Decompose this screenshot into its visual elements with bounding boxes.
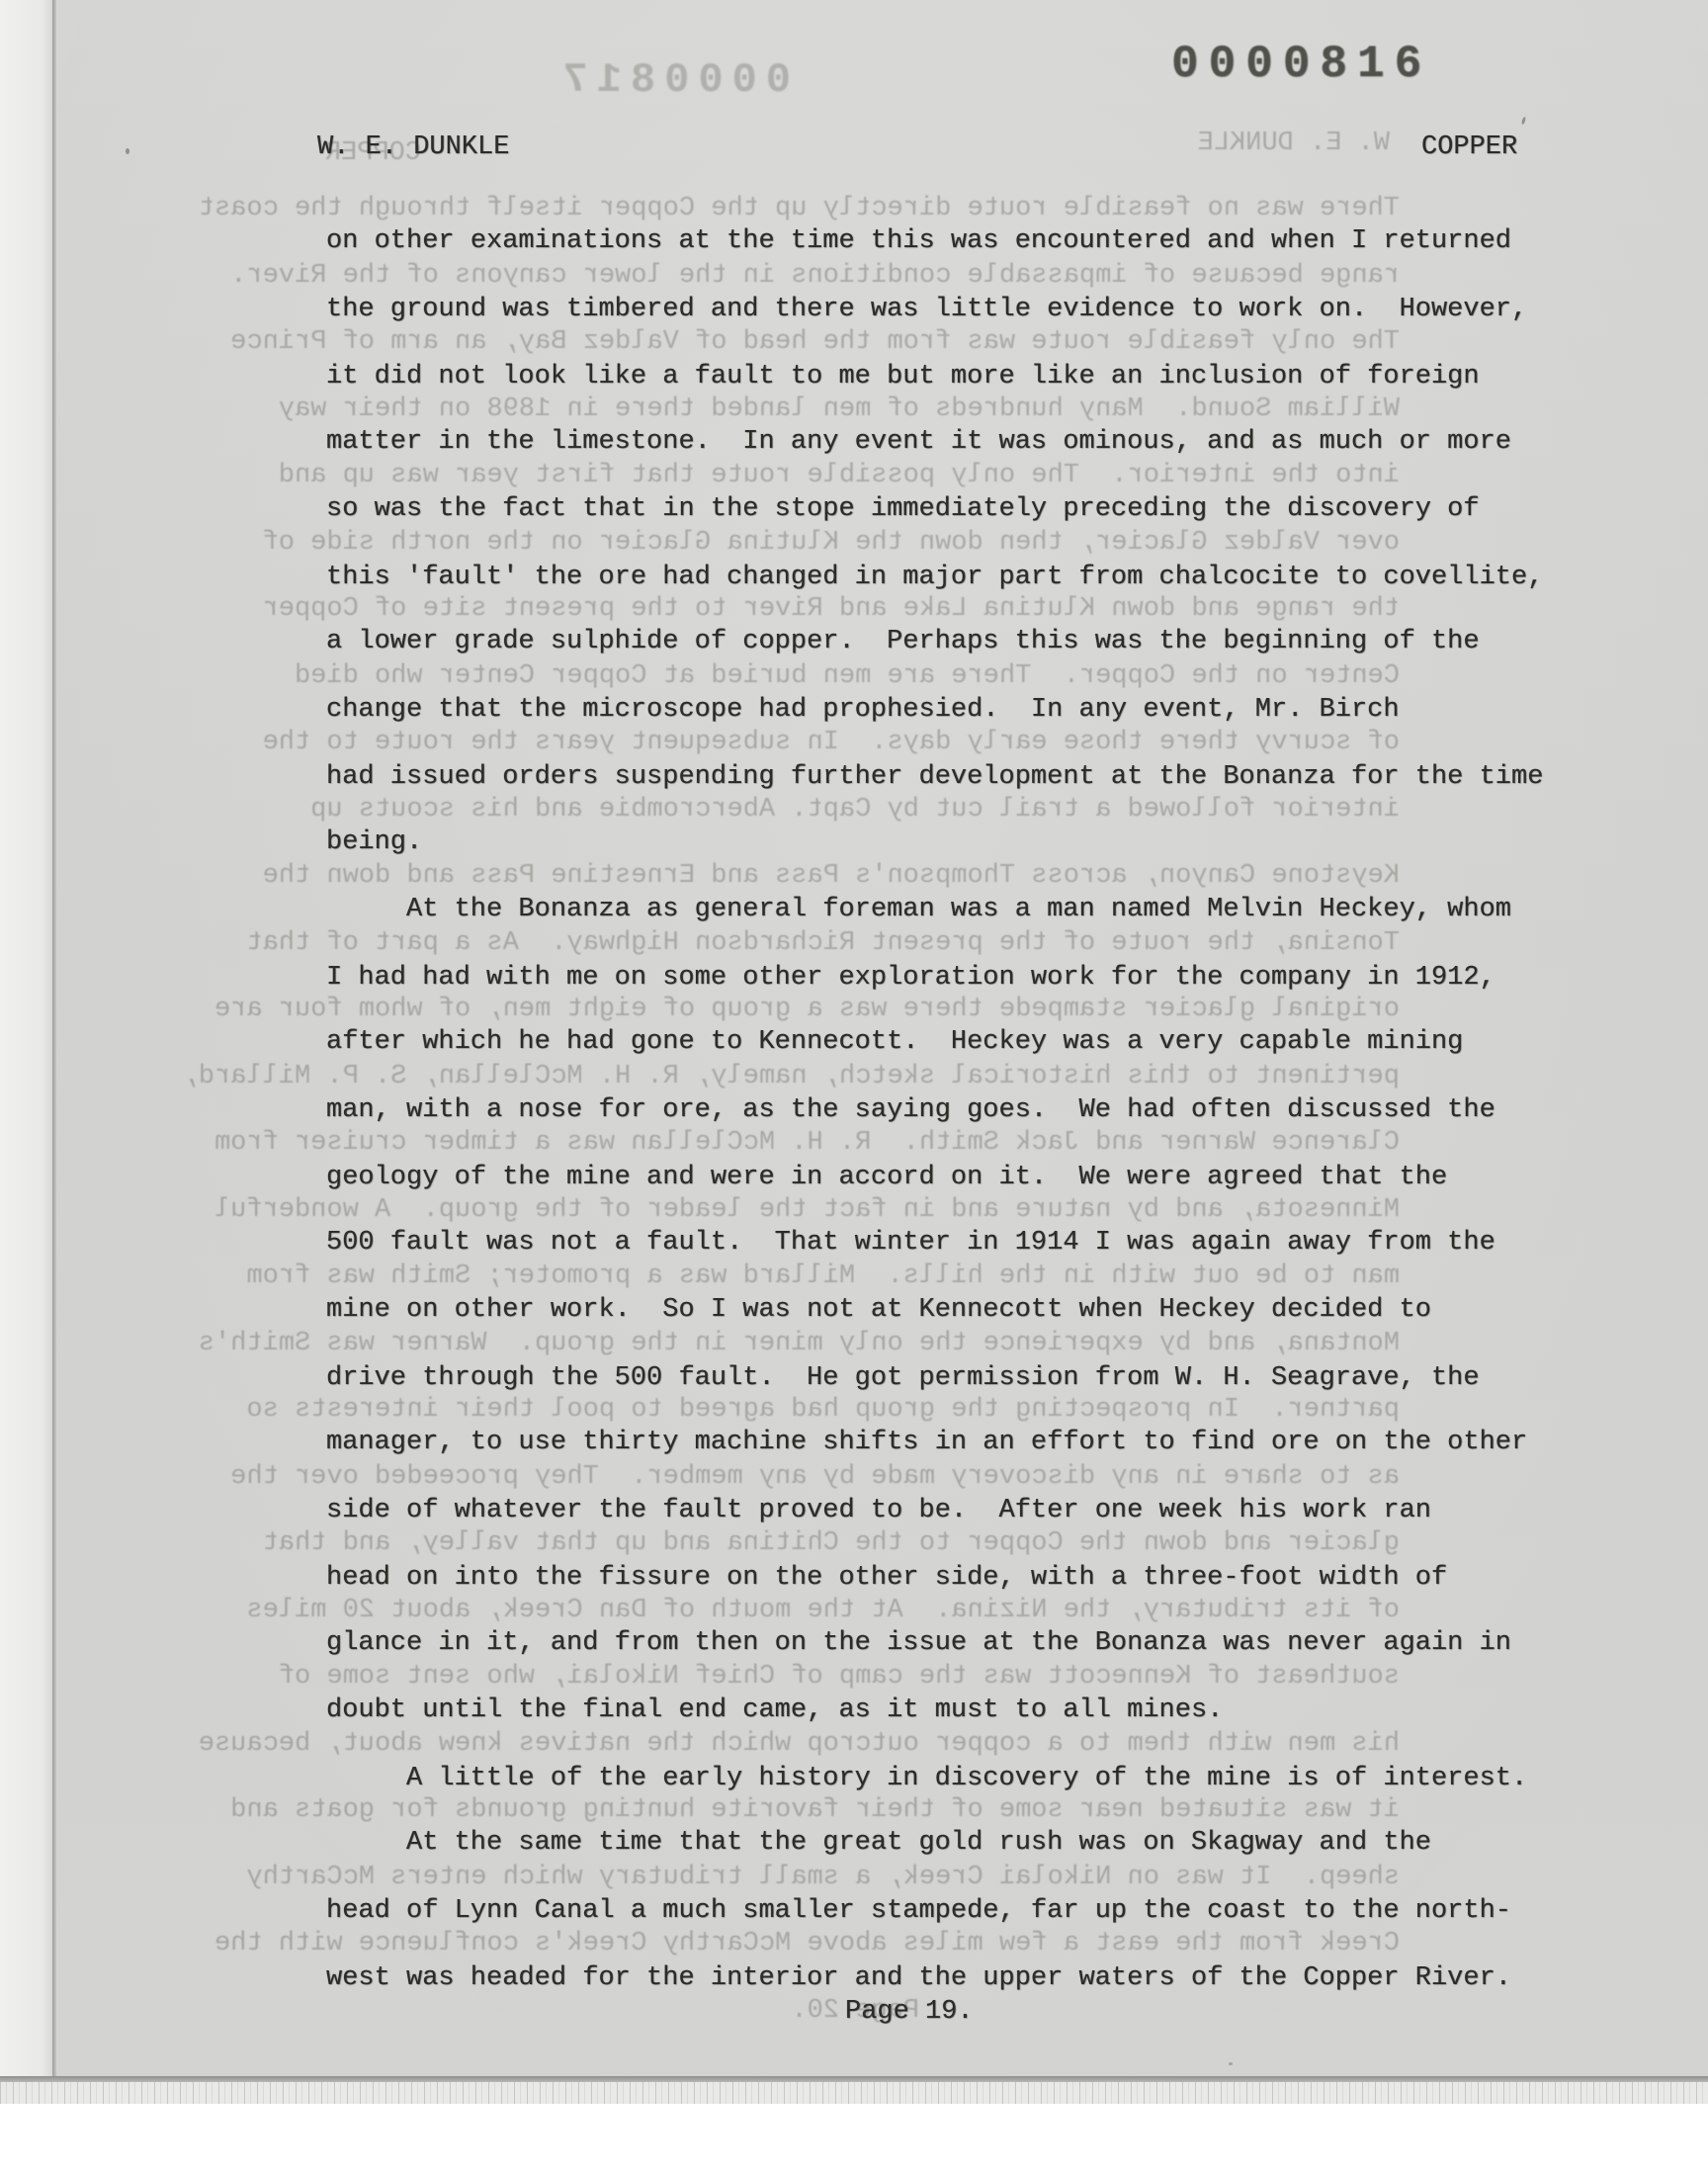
body-line: At the same time that the great gold rus… (406, 1828, 1431, 1858)
bleedthrough-line: it was situated near some of their favor… (55, 1795, 1400, 1825)
body-line: west was headed for the interior and the… (326, 1963, 1511, 1993)
bleedthrough-line: Minnesota, and by nature and in fact the… (55, 1195, 1400, 1225)
bleedthrough-line: Keystone Canyon, across Thompson's Pass … (55, 861, 1400, 891)
bleedthrough-line: Clarence Warner and Jack Smith. R. H. Mc… (55, 1128, 1400, 1158)
body-line: I had had with me on some other explorat… (326, 963, 1495, 993)
body-line: drive through the 500 fault. He got perm… (326, 1363, 1480, 1393)
bleedthrough-line: range because of impassable conditions i… (55, 261, 1400, 291)
body-line: head of Lynn Canal a much smaller stampe… (326, 1896, 1511, 1926)
bleedthrough-line: over Valdez Glacier, then down the Kluti… (55, 528, 1400, 558)
body-line: so was the fact that in the stope immedi… (326, 494, 1480, 524)
bleedthrough-header-right: W. E. DUNKLE (1166, 129, 1390, 158)
body-line: being. (326, 827, 422, 857)
bleedthrough-line: man to be out with in the hills. Millard… (55, 1261, 1400, 1291)
bleedthrough-line: There was no feasible route directly up … (55, 194, 1400, 223)
bleedthrough-line: of its tributary, the Nizina. At the mou… (55, 1596, 1400, 1625)
body-line: on other examinations at the time this w… (326, 226, 1511, 256)
bleedthrough-line: of scurvy there those early days. In sub… (55, 728, 1400, 757)
bleedthrough-line: sheep. It was on Nikolai Creek, a small … (55, 1863, 1400, 1892)
body-line: At the Bonanza as general foreman was a … (406, 895, 1511, 924)
scan-left-seam (52, 0, 56, 2078)
bleedthrough-stamp: 0000817 (494, 65, 791, 95)
body-line: doubt until the final end came, as it mu… (326, 1696, 1223, 1725)
bleedthrough-line: his men with them to a copper outcrop wh… (55, 1729, 1400, 1759)
bleedthrough-line: the range and down Klutina Lake and Rive… (55, 594, 1400, 624)
bleedthrough-line: Center on the Copper. There are men buri… (55, 661, 1400, 691)
body-line: this 'fault' the ore had changed in majo… (326, 563, 1543, 592)
scan-bottom-pages-texture (0, 2082, 1708, 2104)
body-line: had issued orders suspending further dev… (326, 762, 1543, 792)
scanned-document-page: 0000817 COPPER W. E. DUNKLE There was no… (0, 0, 1708, 2175)
document-number-stamp: 0000816 (1171, 49, 1431, 79)
bleedthrough-line: Creek from the east a few miles above Mc… (55, 1929, 1400, 1958)
body-line: the ground was timbered and there was li… (326, 295, 1527, 324)
body-line: it did not look like a fault to me but m… (326, 362, 1480, 391)
body-line: glance in it, and from then on the issue… (326, 1628, 1511, 1658)
speckle (126, 148, 129, 154)
bleedthrough-line: as to share in any discovery made by any… (55, 1462, 1400, 1492)
bleedthrough-line: southeast of Kennecott was the camp of C… (55, 1662, 1400, 1692)
body-line: side of whatever the fault proved to be.… (326, 1496, 1431, 1525)
body-line: manager, to use thirty machine shifts in… (326, 1428, 1527, 1457)
scan-left-margin (0, 0, 52, 2078)
body-line: geology of the mine and were in accord o… (326, 1163, 1447, 1192)
bleedthrough-line: The only feasible route was from the hea… (55, 327, 1400, 357)
body-line: head on into the fissure on the other si… (326, 1563, 1447, 1593)
body-line: A little of the early history in discove… (406, 1764, 1527, 1793)
body-line: change that the microscope had prophesie… (326, 695, 1400, 725)
body-line: a lower grade sulphide of copper. Perhap… (326, 627, 1480, 656)
body-line: 500 fault was not a fault. That winter i… (326, 1228, 1495, 1258)
body-line: man, with a nose for ore, as the saying … (326, 1095, 1495, 1125)
header-subject: COPPER (1421, 132, 1517, 162)
body-line: matter in the limestone. In any event it… (326, 427, 1511, 457)
bleedthrough-line: into the interior. The only possible rou… (55, 461, 1400, 490)
body-line: mine on other work. So I was not at Kenn… (326, 1295, 1431, 1325)
bleedthrough-line: William Sound. Many hundreds of men land… (55, 394, 1400, 424)
bleedthrough-line: pertinent to this historical sketch, nam… (55, 1062, 1400, 1091)
body-line: after which he had gone to Kennecott. He… (326, 1027, 1463, 1057)
bleedthrough-line: Montana, and by experience the only mine… (55, 1329, 1400, 1358)
bleedthrough-line: partner. In prospecting the group had ag… (55, 1395, 1400, 1425)
header-author: W. E. DUNKLE (317, 132, 509, 162)
bleedthrough-line: interior followed a trail cut by Capt. A… (55, 795, 1400, 825)
page-number: Page 19. (845, 1997, 974, 2027)
speckle (1229, 2062, 1233, 2065)
bleedthrough-line: Tonsina, the route of the present Richar… (55, 928, 1400, 958)
bleedthrough-line: glacier and down the Copper to the Chiti… (55, 1528, 1400, 1558)
bleedthrough-line: original glacier stampede there was a gr… (55, 995, 1400, 1024)
